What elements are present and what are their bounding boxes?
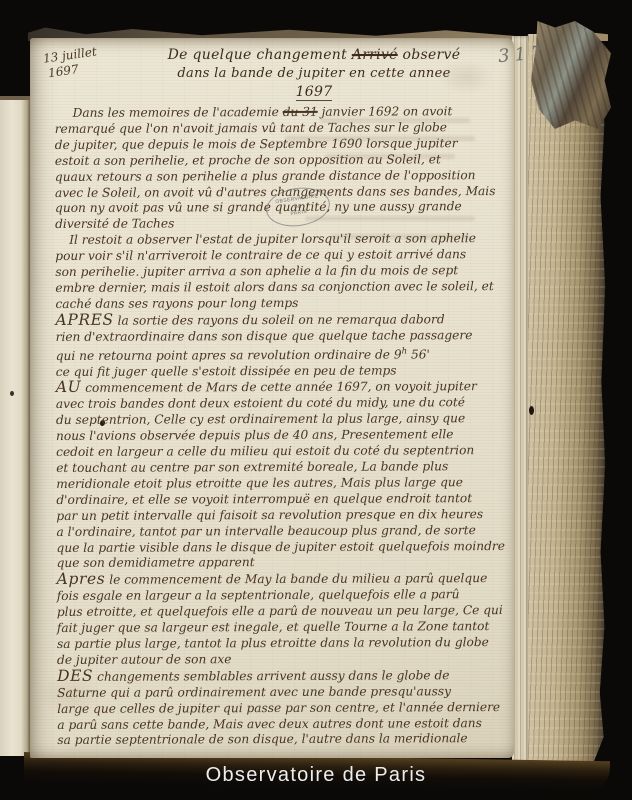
manuscript-line: ce qui fit juger quelle s'estoit dissipé… xyxy=(56,363,502,381)
manuscript-line: sa partie plus large, tantot la plus etr… xyxy=(57,635,503,653)
text-segment: du septentrion, Celle cy est ordinaireme… xyxy=(56,411,465,427)
manuscript-line: de jupiter, que depuis le mois de Septem… xyxy=(55,136,501,154)
manuscript-line: estoit a son perihelie, et proche de son… xyxy=(55,152,501,170)
text-segment: avec le Soleil, on avoit vû d'autres cha… xyxy=(55,184,496,200)
text-segment: meridionale etoit plus etroitte que les … xyxy=(56,475,463,491)
text-segment: son perihelie. jupiter arriva a son aphe… xyxy=(55,263,458,279)
manuscript-line: fois esgale en largeur a la septentriona… xyxy=(57,587,503,605)
text-segment: APRES xyxy=(55,311,113,329)
text-segment: changements semblables arrivent aussy da… xyxy=(93,668,449,684)
manuscript-line: large que celles de jupiter qui passe pa… xyxy=(57,700,503,718)
facing-page-sliver xyxy=(0,96,30,756)
manuscript-paragraph: Il restoit a observer l'estat de jupiter… xyxy=(55,231,501,312)
manuscript-line: cedoit en largeur a celle du milieu qui … xyxy=(56,443,502,461)
text-segment: dans la bande de jupiter en cette annee xyxy=(177,66,450,81)
page-edge-rough xyxy=(528,34,606,774)
text-segment: d'ordinaire, et elle se voyoit interromp… xyxy=(56,491,472,507)
margin-date-note: 13 juillet 1697 xyxy=(42,44,100,81)
text-segment: diversité de Taches xyxy=(55,217,174,232)
text-segment: Arrivé xyxy=(352,47,398,63)
manuscript-line: remarqué que l'on n'avoit jamais vû tant… xyxy=(55,120,501,138)
manuscript-line: fait juger que sa largeur est inegale, e… xyxy=(57,619,503,637)
text-segment: par un petit intervalle qui faisoit sa r… xyxy=(56,507,483,523)
manuscript-line: avec le Soleil, on avoit vû d'autres cha… xyxy=(55,184,501,202)
ink-blot xyxy=(10,391,14,396)
manuscript-line: Saturne qui a parû ordinairement avec un… xyxy=(57,684,503,702)
manuscript-line: que la partie visible dans le disque de … xyxy=(56,539,502,557)
manuscript-title: De quelque changement Arrivé observédans… xyxy=(148,46,480,102)
text-segment: sa partie plus large, tantot la plus etr… xyxy=(57,635,489,651)
manuscript-paragraph: AU commencement de Mars de cette année 1… xyxy=(56,378,503,572)
text-segment: embre dernier, mais il estoit alors dans… xyxy=(55,279,493,295)
manuscript-line: et touchant au centre par son extremité … xyxy=(56,459,502,477)
manuscript-line: a l'ordinaire, tantot par un intervalle … xyxy=(56,523,502,541)
text-segment: qui ne retourna point apres sa revolutio… xyxy=(56,347,402,363)
page-stack-fore-edge xyxy=(512,34,608,774)
manuscript-line: 1697 xyxy=(148,83,480,102)
text-segment: pour voir s'il n'arriveroit le contraire… xyxy=(55,247,466,263)
text-segment: commencement de Mars de cette année 1697… xyxy=(81,380,477,396)
text-segment: Apres xyxy=(57,570,106,588)
manuscript-line: que son demidiametre apparent xyxy=(57,554,503,572)
text-segment: a l'ordinaire, tantot par un intervalle … xyxy=(56,523,475,539)
text-segment: plus etroitte, et quelquefois elle a par… xyxy=(57,603,503,619)
text-segment: de jupiter autour de son axe xyxy=(57,652,232,667)
manuscript-body: Dans les memoires de l'academie du 31 ja… xyxy=(55,104,504,749)
text-segment: DES xyxy=(57,667,93,685)
manuscript-line: pour voir s'il n'arriveroit le contraire… xyxy=(55,247,501,265)
manuscript-line: Dans les memoires de l'academie du 31 ja… xyxy=(55,104,501,122)
manuscript-line: DES changements semblables arrivent auss… xyxy=(57,667,503,686)
manuscript-line: meridionale etoit plus etroitte que les … xyxy=(56,475,502,493)
manuscript-line: par un petit intervalle qui faisoit sa r… xyxy=(56,507,502,525)
text-segment: sa partie septentrionale de son disque, … xyxy=(57,732,467,748)
ink-blot xyxy=(529,406,534,415)
manuscript-line: AU commencement de Mars de cette année 1… xyxy=(56,378,502,397)
manuscript-line: diversité de Taches xyxy=(55,215,501,233)
text-segment: la sortie des rayons du soleil on ne rem… xyxy=(114,312,445,327)
text-segment: Il restoit a observer l'estat de jupiter… xyxy=(69,231,476,247)
manuscript-line: APRES la sortie des rayons du soleil on … xyxy=(56,311,502,330)
manuscript-line: Il restoit a observer l'estat de jupiter… xyxy=(55,231,501,249)
text-segment: ce qui fit juger quelle s'estoit dissipé… xyxy=(56,363,397,378)
manuscript-line: Apres le commencement de May la bande du… xyxy=(57,570,503,589)
manuscript-line: nous l'avions observée depuis plus de 40… xyxy=(56,427,502,445)
manuscript-line: quaux retours a son perihelie a plus gra… xyxy=(55,168,501,186)
text-segment: caché dans ses rayons pour long temps xyxy=(55,296,298,311)
manuscript-line: dans la bande de jupiter en cette annee xyxy=(148,65,480,84)
text-segment: janvier 1692 on avoit xyxy=(318,104,453,119)
text-segment: estoit a son perihelie, et proche de son… xyxy=(55,152,441,168)
manuscript-paragraph: Apres le commencement de May la bande du… xyxy=(57,570,503,668)
book-photo: 13 juillet 1697 De quelque changement Ar… xyxy=(0,0,632,800)
manuscript-line: embre dernier, mais il estoit alors dans… xyxy=(55,279,501,297)
manuscript-line: De quelque changement Arrivé observé xyxy=(148,46,480,65)
manuscript-line: du septentrion, Celle cy est ordinaireme… xyxy=(56,411,502,429)
text-segment: fait juger que sa largeur est inegale, e… xyxy=(57,619,490,635)
manuscript-paragraph: Dans les memoires de l'academie du 31 ja… xyxy=(55,104,502,233)
text-segment: que son demidiametre apparent xyxy=(57,556,255,571)
manuscript-line: sa partie septentrionale de son disque, … xyxy=(57,731,503,749)
text-segment: que la partie visible dans le disque de … xyxy=(56,539,504,555)
text-segment: de jupiter, que depuis le mois de Septem… xyxy=(55,136,458,152)
text-segment: et touchant au centre par son extremité … xyxy=(56,459,448,475)
manuscript-line: avec trois bandes dont deux estoient du … xyxy=(56,395,502,413)
page-number: 317 xyxy=(497,42,548,67)
text-segment: 1697 xyxy=(296,84,333,101)
text-segment: quon ny avoit pas vû une si grande quant… xyxy=(55,200,462,216)
manuscript-page: 13 juillet 1697 De quelque changement Ar… xyxy=(30,38,514,758)
text-segment: nous l'avions observée depuis plus de 40… xyxy=(56,427,453,443)
text-segment: Dans les memoires de l'academie xyxy=(73,105,283,120)
manuscript-line: rien d'extraordinaire dans son disque qu… xyxy=(56,328,502,346)
text-segment: quaux retours a son perihelie a plus gra… xyxy=(55,168,476,184)
text-segment: AU xyxy=(56,378,82,396)
photo-caption: Observatoire de Paris xyxy=(0,764,632,787)
manuscript-line: a parû sans cette bande, Mais avec deux … xyxy=(57,716,503,734)
manuscript-line: quon ny avoit pas vû une si grande quant… xyxy=(55,199,501,217)
text-segment: Saturne qui a parû ordinairement avec un… xyxy=(57,684,451,700)
manuscript-paragraph: DES changements semblables arrivent auss… xyxy=(57,667,503,749)
text-segment: a parû sans cette bande, Mais avec deux … xyxy=(57,716,482,732)
text-segment: 56' xyxy=(407,347,430,361)
text-segment: le commencement de May la bande du milie… xyxy=(105,571,487,587)
text-segment: cedoit en largeur a celle du milieu qui … xyxy=(56,443,474,459)
text-segment: large que celles de jupiter qui passe pa… xyxy=(57,700,500,716)
text-segment: remarqué que l'on n'avoit jamais vû tant… xyxy=(55,120,447,136)
manuscript-line: qui ne retourna point apres sa revolutio… xyxy=(56,344,502,365)
text-segment: De quelque changement xyxy=(168,47,352,63)
manuscript-line: son perihelie. jupiter arriva a son aphe… xyxy=(55,263,501,281)
manuscript-line: caché dans ses rayons pour long temps xyxy=(55,295,501,313)
text-segment: rien d'extraordinaire dans son disque qu… xyxy=(56,328,473,344)
text-segment: observé xyxy=(398,47,461,63)
text-segment: du 31 xyxy=(283,105,318,119)
page-edge-ridges xyxy=(512,36,530,768)
text-segment: avec trois bandes dont deux estoient du … xyxy=(56,396,465,412)
manuscript-line: plus etroitte, et quelquefois elle a par… xyxy=(57,603,503,621)
manuscript-paragraph: APRES la sortie des rayons du soleil on … xyxy=(56,311,502,381)
manuscript-line: de jupiter autour de son axe xyxy=(57,651,503,669)
text-segment: fois esgale en largeur a la septentriona… xyxy=(57,587,460,603)
manuscript-line: d'ordinaire, et elle se voyoit interromp… xyxy=(56,491,502,509)
